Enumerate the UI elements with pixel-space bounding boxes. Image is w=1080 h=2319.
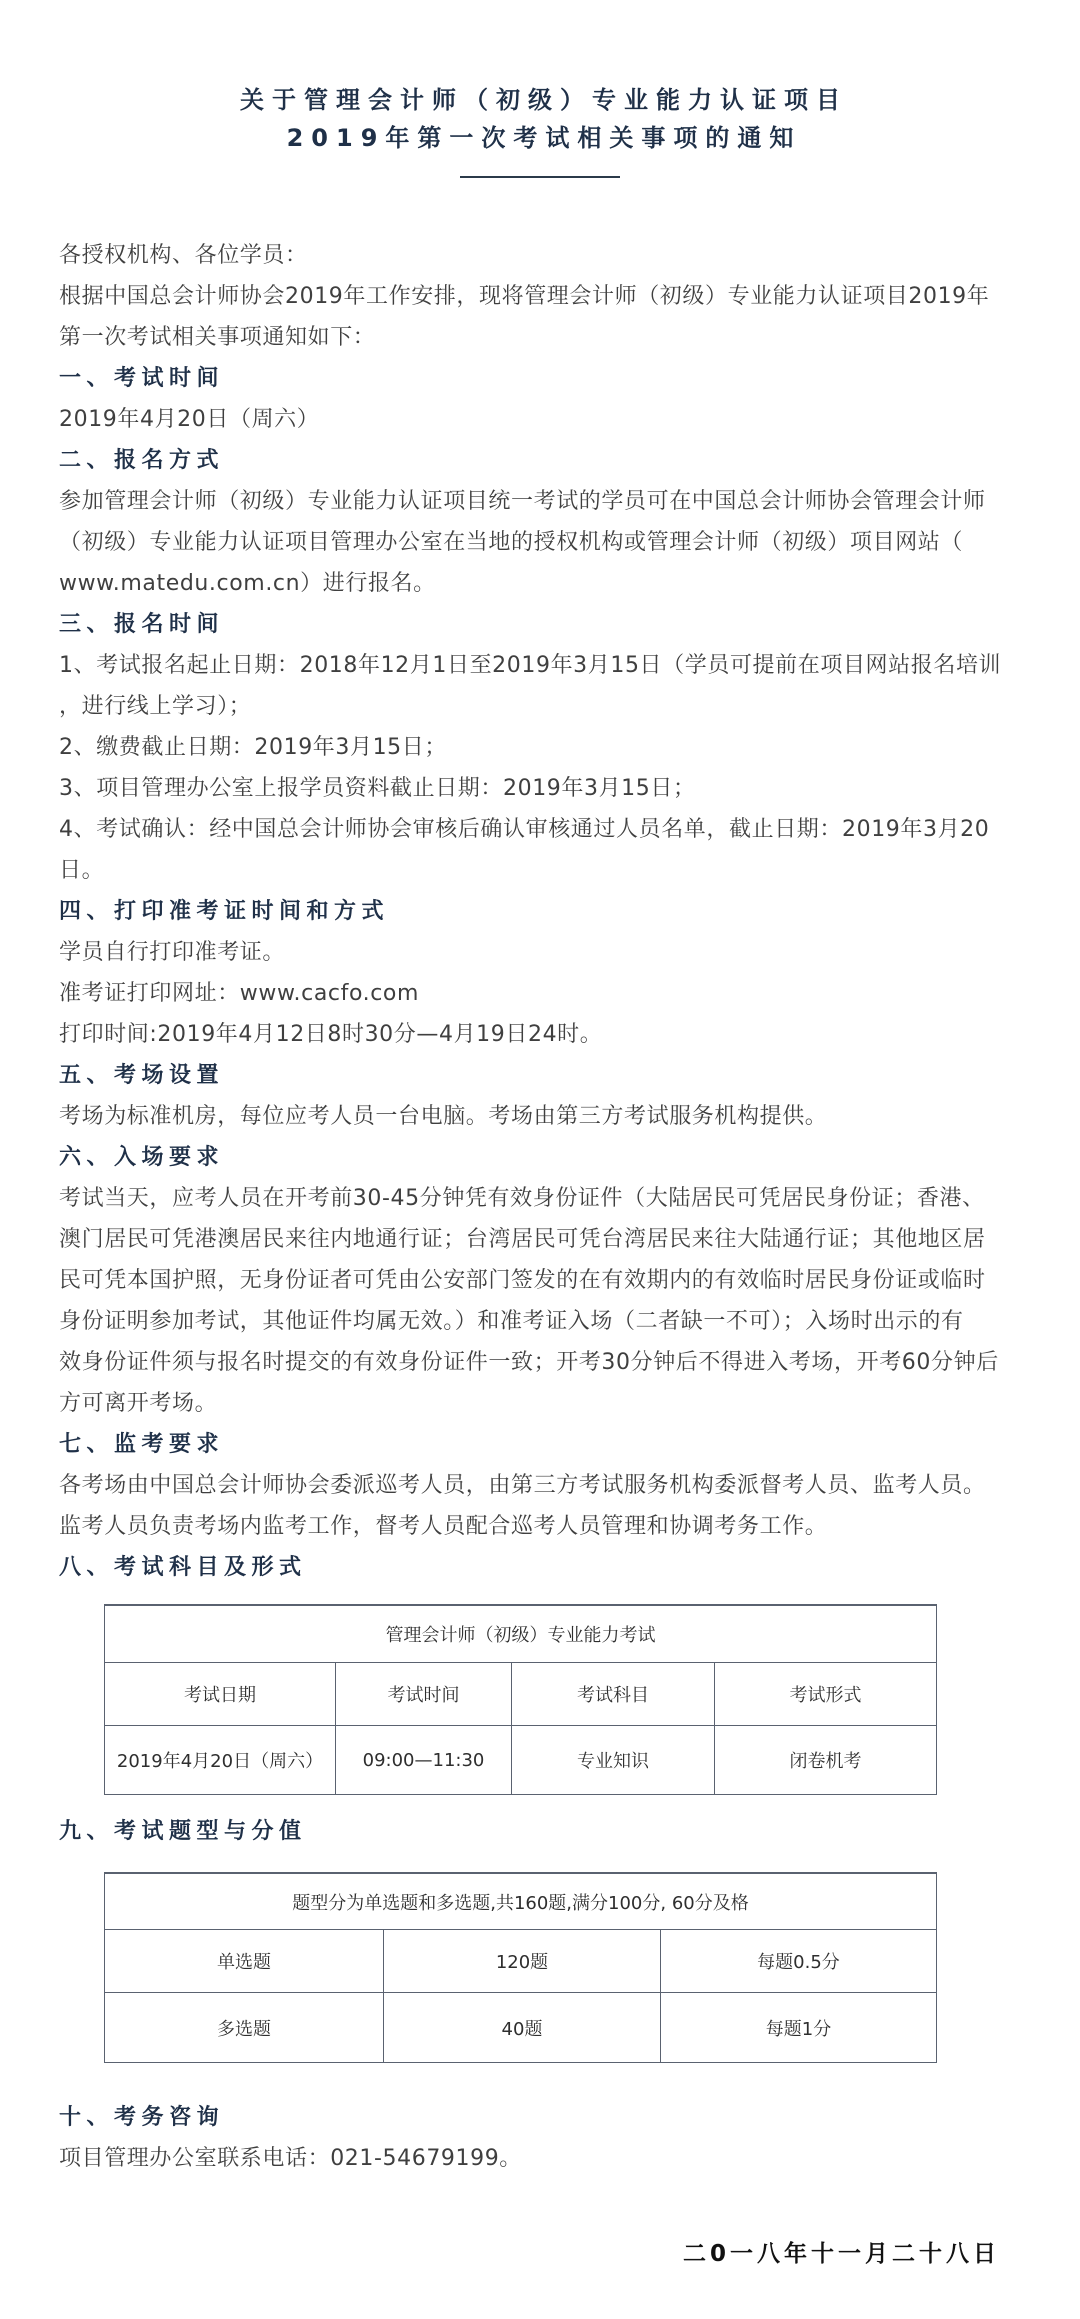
intro-line: 第一次考试相关事项通知如下： (59, 317, 1049, 358)
table-cell: 每题0.5分 (660, 1930, 936, 1992)
section-heading: 一、考试时间 (59, 358, 1049, 399)
section-line: 澳门居民可凭港澳居民来往内地通行证；台湾居民可凭台湾居民来往大陆通行证；其他地区… (59, 1219, 1049, 1260)
section-registration-method: 二、报名方式 参加管理会计师（初级）专业能力认证项目统一考试的学员可在中国总会计… (59, 440, 1049, 604)
section-heading: 五、考场设置 (59, 1055, 1049, 1096)
section-line: 1、考试报名起止日期：2018年12月1日至2019年3月15日（学员可提前在项… (59, 645, 1049, 686)
section-line: 准考证打印网址：www.cacfo.com (59, 973, 1049, 1014)
section-heading: 七、监考要求 (59, 1424, 1049, 1465)
table-cell: 专业知识 (511, 1726, 714, 1794)
section-line: 考试当天，应考人员在开考前30-45分钟凭有效身份证件（大陆居民可凭居民身份证；… (59, 1178, 1049, 1219)
section-heading: 四、打印准考证时间和方式 (59, 891, 1049, 932)
table-cell: 09:00—11:30 (335, 1726, 511, 1794)
table-cell: 多选题 (105, 1993, 383, 2062)
salutation: 各授权机构、各位学员： (59, 235, 1049, 276)
table-row: 2019年4月20日（周六） 09:00—11:30 专业知识 闭卷机考 (105, 1725, 936, 1794)
section-line: 2019年4月20日（周六） (59, 399, 1049, 440)
section-line: （初级）专业能力认证项目管理办公室在当地的授权机构或管理会计师（初级）项目网站（ (59, 522, 1049, 563)
section-question-types: 九、考试题型与分值 (59, 1811, 1049, 1852)
section-exam-time: 一、考试时间 2019年4月20日（周六） (59, 358, 1049, 440)
section-line: 监考人员负责考场内监考工作，督考人员配合巡考人员管理和协调考务工作。 (59, 1506, 1049, 1547)
notice-document: 关于管理会计师（初级）专业能力认证项目 2019年第一次考试相关事项的通知 各授… (0, 0, 1080, 2319)
document-title-line-1: 关于管理会计师（初级）专业能力认证项目 (0, 80, 1080, 120)
table-header-cell: 考试科目 (511, 1663, 714, 1725)
section-registration-time: 三、报名时间 1、考试报名起止日期：2018年12月1日至2019年3月15日（… (59, 604, 1049, 891)
exam-schedule-table: 管理会计师（初级）专业能力考试 考试日期 考试时间 考试科目 考试形式 2019… (104, 1604, 937, 1795)
intro-line: 根据中国总会计师协会2019年工作安排，现将管理会计师（初级）专业能力认证项目2… (59, 276, 1049, 317)
section-exam-inquiry: 十、考务咨询 项目管理办公室联系电话：021-54679199。 (59, 2097, 1049, 2179)
section-heading: 六、入场要求 (59, 1137, 1049, 1178)
table-header-cell: 考试时间 (335, 1663, 511, 1725)
section-line: 打印时间:2019年4月12日8时30分—4月19日24时。 (59, 1014, 1049, 1055)
section-line: 日。 (59, 850, 1049, 891)
table-cell: 2019年4月20日（周六） (105, 1726, 335, 1794)
document-title-line-2: 2019年第一次考试相关事项的通知 (0, 118, 1080, 158)
section-line: 4、考试确认：经中国总会计师协会审核后确认审核通过人员名单，截止日期：2019年… (59, 809, 1049, 850)
section-proctoring: 七、监考要求 各考场由中国总会计师协会委派巡考人员，由第三方考试服务机构委派督考… (59, 1424, 1049, 1547)
section-line: 3、项目管理办公室上报学员资料截止日期：2019年3月15日； (59, 768, 1049, 809)
section-line: ，进行线上学习）； (59, 686, 1049, 727)
section-line: 考场为标准机房，每位应考人员一台电脑。考场由第三方考试服务机构提供。 (59, 1096, 1049, 1137)
table-row: 单选题 120题 每题0.5分 (105, 1930, 936, 1992)
table-title: 题型分为单选题和多选题,共160题,满分100分, 60分及格 (105, 1874, 936, 1930)
section-heading: 十、考务咨询 (59, 2097, 1049, 2138)
table-cell: 闭卷机考 (714, 1726, 936, 1794)
section-line: 民可凭本国护照，无身份证者可凭由公安部门签发的在有效期内的有效临时居民身份证或临… (59, 1260, 1049, 1301)
table-cell: 每题1分 (660, 1993, 936, 2062)
notice-body: 各授权机构、各位学员： 根据中国总会计师协会2019年工作安排，现将管理会计师（… (59, 235, 1049, 1588)
table-header-cell: 考试形式 (714, 1663, 936, 1725)
section-line: 效身份证件须与报名时提交的有效身份证件一致；开考30分钟后不得进入考场，开考60… (59, 1342, 1049, 1383)
table-cell: 120题 (383, 1930, 660, 1992)
table-title: 管理会计师（初级）专业能力考试 (105, 1606, 936, 1663)
section-line: 身份证明参加考试，其他证件均属无效。）和准考证入场（二者缺一不可）；入场时出示的… (59, 1301, 1049, 1342)
table-cell: 单选题 (105, 1930, 383, 1992)
table-row: 多选题 40题 每题1分 (105, 1992, 936, 2062)
section-line: 各考场由中国总会计师协会委派巡考人员，由第三方考试服务机构委派督考人员、监考人员… (59, 1465, 1049, 1506)
section-line: 方可离开考场。 (59, 1383, 1049, 1424)
section-admission-ticket: 四、打印准考证时间和方式 学员自行打印准考证。 准考证打印网址：www.cacf… (59, 891, 1049, 1055)
section-line: www.matedu.com.cn）进行报名。 (59, 563, 1049, 604)
section-heading: 九、考试题型与分值 (59, 1811, 1049, 1852)
table-header-row: 考试日期 考试时间 考试科目 考试形式 (105, 1663, 936, 1725)
section-exam-venue: 五、考场设置 考场为标准机房，每位应考人员一台电脑。考场由第三方考试服务机构提供… (59, 1055, 1049, 1137)
issue-date: 二0一八年十一月二十八日 (0, 2234, 1000, 2275)
title-divider (460, 176, 620, 178)
table-cell: 40题 (383, 1993, 660, 2062)
contact-phone-line: 项目管理办公室联系电话：021-54679199。 (59, 2138, 1049, 2179)
section-heading: 二、报名方式 (59, 440, 1049, 481)
section-entry-requirements: 六、入场要求 考试当天，应考人员在开考前30-45分钟凭有效身份证件（大陆居民可… (59, 1137, 1049, 1424)
section-line: 2、缴费截止日期：2019年3月15日； (59, 727, 1049, 768)
question-types-table: 题型分为单选题和多选题,共160题,满分100分, 60分及格 单选题 120题… (104, 1872, 937, 2063)
table-header-cell: 考试日期 (105, 1663, 335, 1725)
section-line: 参加管理会计师（初级）专业能力认证项目统一考试的学员可在中国总会计师协会管理会计… (59, 481, 1049, 522)
section-heading: 三、报名时间 (59, 604, 1049, 645)
section-line: 学员自行打印准考证。 (59, 932, 1049, 973)
section-heading-exam-subjects: 八、考试科目及形式 (59, 1547, 1049, 1588)
